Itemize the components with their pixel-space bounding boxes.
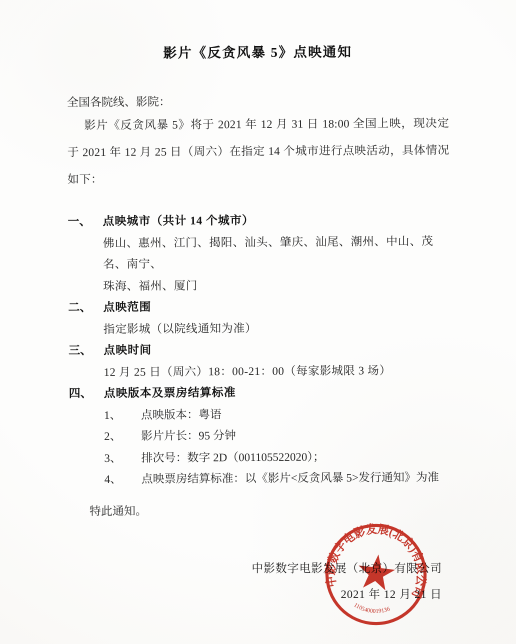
section-line: 珠海、福州、厦门 — [68, 274, 450, 298]
section-header: 三、点映时间 — [68, 339, 450, 363]
stamp-star-icon — [356, 552, 397, 591]
sections-list: 一、点映城市（共计 14 个城市）佛山、惠州、江门、揭阳、汕头、肇庆、汕尾、潮州… — [68, 210, 452, 492]
list-item: 4、点映票房结算标准：以《影片<反贪风暴 5>发行通知》为准 — [69, 468, 451, 492]
section-header: 四、点映版本及票房结算标准 — [69, 382, 451, 406]
list-item-number: 4、 — [104, 470, 141, 492]
section-line: 12 月 25 日（周六）18：00-21：00（每家影城限 3 场） — [69, 360, 451, 384]
list-item: 3、排次号：数字 2D（001105522020）； — [69, 446, 451, 470]
notice-content: 影片《反贪风暴 5》点映通知 全国各院线、影院： 影片《反贪风暴 5》将于 20… — [0, 0, 516, 524]
section-line: 指定影城（以院线通知为准） — [68, 317, 450, 341]
list-item-number: 1、 — [104, 405, 141, 427]
list-item: 2、影片片长：95 分钟 — [69, 425, 451, 449]
list-item-text: 点映票房结算标准：以《影片<反贪风暴 5>发行通知》为准 — [141, 468, 439, 491]
section-header: 一、点映城市（共计 14 个城市） — [68, 210, 450, 234]
section-title: 点映城市（共计 14 个城市） — [103, 211, 254, 233]
section-title: 点映版本及票房结算标准 — [104, 383, 236, 405]
list-item: 1、点映版本：粤语 — [69, 403, 451, 427]
list-item-text: 排次号：数字 2D（001105522020）； — [141, 447, 324, 470]
stamp-serial-number: 1105400019136 — [352, 602, 392, 617]
section-header: 二、点映范围 — [68, 296, 450, 320]
section-number: 二、 — [68, 298, 103, 320]
list-item-number: 3、 — [104, 448, 141, 470]
section-title: 点映范围 — [103, 298, 151, 320]
document-page: 影片《反贪风暴 5》点映通知 全国各院线、影院： 影片《反贪风暴 5》将于 20… — [0, 0, 516, 644]
intro-paragraph: 影片《反贪风暴 5》将于 2021 年 12 月 31 日 18:00 全国上映… — [67, 111, 449, 194]
list-item-text: 影片片长：95 分钟 — [141, 426, 236, 448]
section-number: 四、 — [69, 384, 104, 406]
list-item-number: 2、 — [104, 427, 141, 449]
salutation-line: 全国各院线、影院： — [67, 93, 449, 111]
section-number: 一、 — [68, 212, 103, 234]
section-number: 三、 — [68, 341, 103, 363]
section-title: 点映时间 — [103, 341, 151, 363]
company-seal-stamp: 中影数字电影发展(北京)有限公司 1105400019136 — [314, 509, 438, 641]
page-title: 影片《反贪风暴 5》点映通知 — [67, 44, 449, 62]
section-line: 佛山、惠州、江门、揭阳、汕头、肇庆、汕尾、潮州、中山、茂名、南宁、 — [68, 231, 450, 276]
list-item-text: 点映版本：粤语 — [141, 405, 222, 427]
